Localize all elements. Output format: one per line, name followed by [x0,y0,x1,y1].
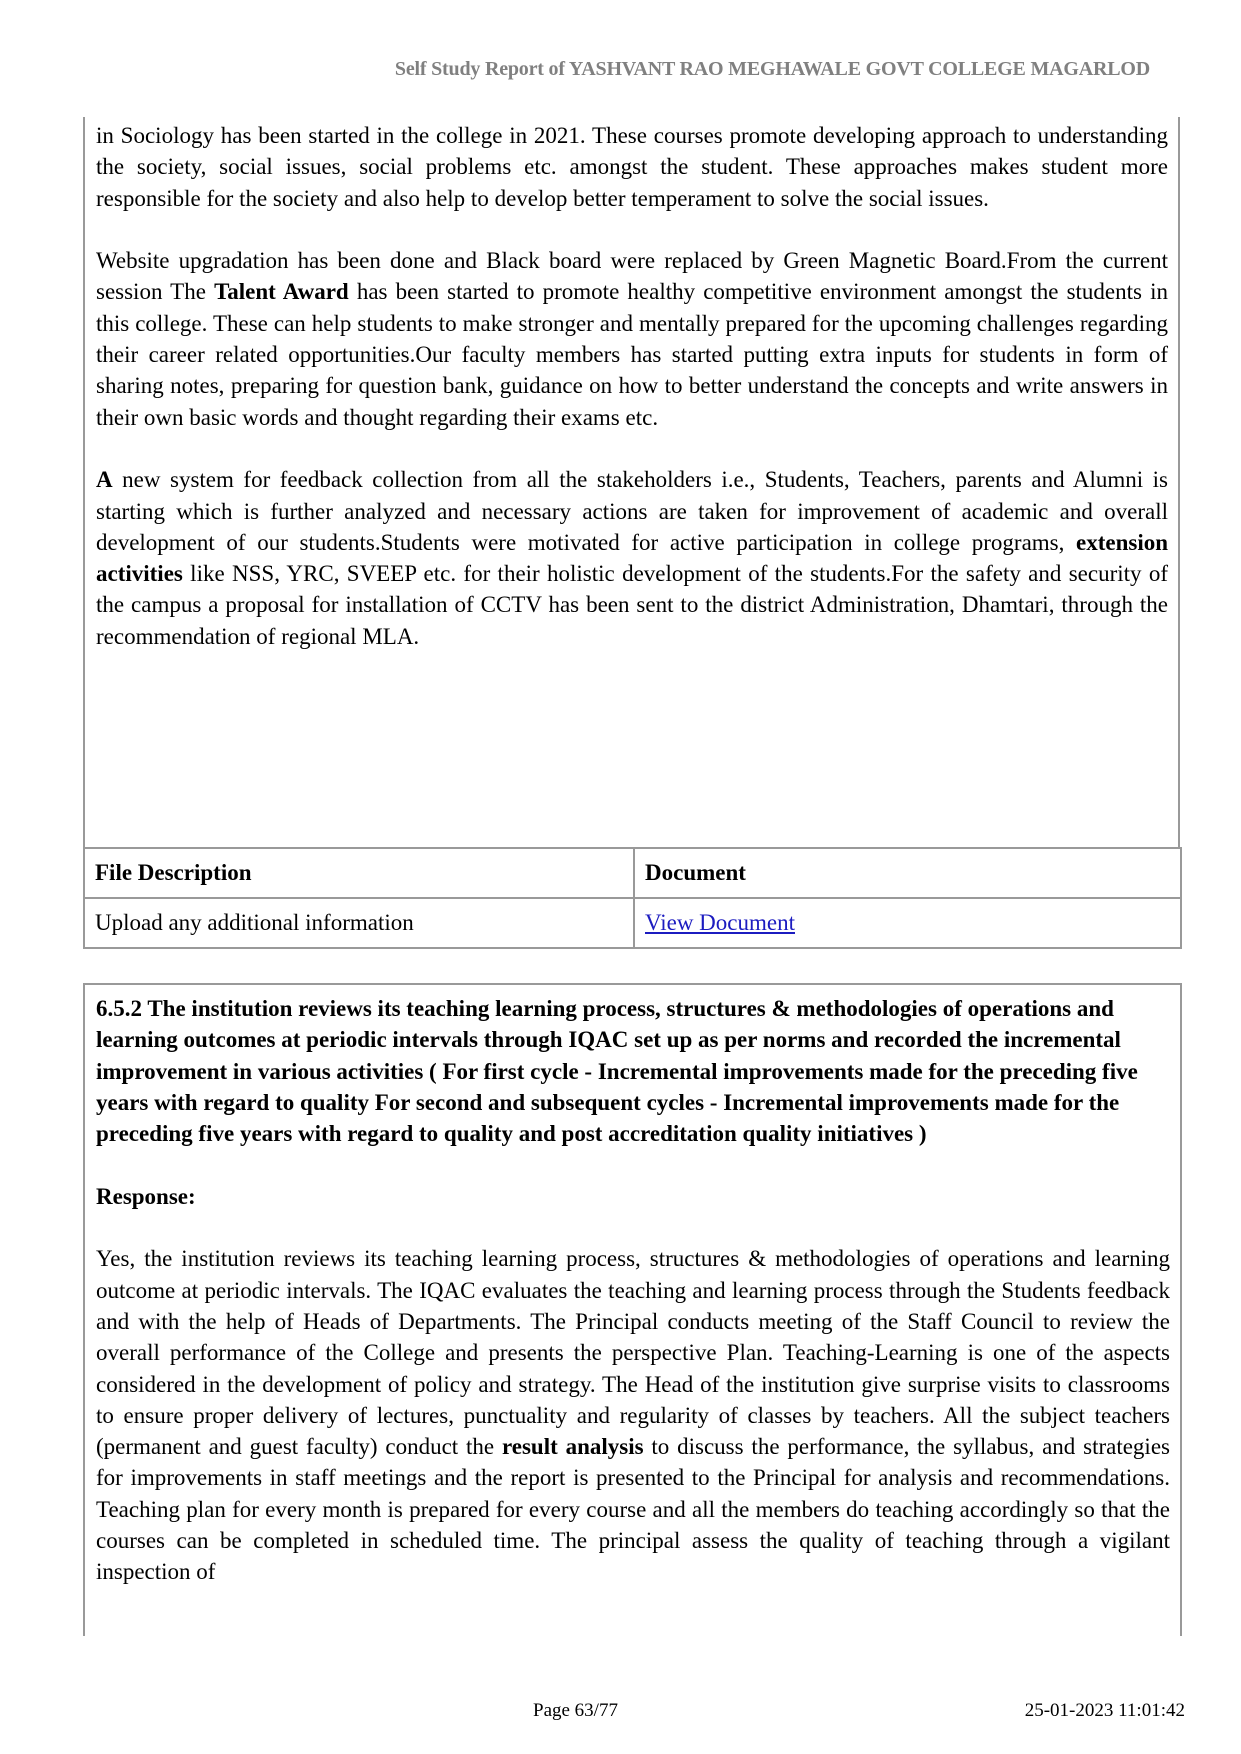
text-run: like NSS, YRC, SVEEP etc. for their holi… [96,561,1168,649]
bold-text: Talent Award [214,279,349,304]
response-paragraph: Yes, the institution reviews its teachin… [96,1243,1170,1587]
generated-timestamp: 25-01-2023 11:01:42 [1025,1700,1185,1722]
response-label: Response: [96,1181,1170,1212]
metric-6-5-2-text: 6.5.2 The institution reviews its teachi… [85,985,1180,1588]
bold-text: result analysis [502,1434,644,1459]
paragraph: Website upgradation has been done and Bl… [96,245,1168,433]
page-header: Self Study Report of YASHVANT RAO MEGHAW… [0,58,1150,81]
text-run: Yes, the institution reviews its teachin… [96,1246,1170,1459]
table-row: Upload any additional information View D… [84,898,1181,948]
page-number: Page 63/77 [533,1700,618,1722]
document-cell: View Document [634,898,1181,948]
file-description-cell: Upload any additional information [84,898,634,948]
file-description-table: File Description Document Upload any add… [83,847,1182,949]
section-continuation-text: in Sociology has been started in the col… [85,117,1178,652]
bold-text: A [96,467,113,492]
view-document-link[interactable]: View Document [645,910,795,935]
paragraph: A new system for feedback collection fro… [96,464,1168,652]
section-continuation-box: in Sociology has been started in the col… [83,117,1180,848]
metric-question: 6.5.2 The institution reviews its teachi… [96,993,1170,1149]
table-header-row: File Description Document [84,848,1181,898]
column-header-file-description: File Description [84,848,634,898]
paragraph: in Sociology has been started in the col… [96,120,1168,214]
text-run: new system for feedback collection from … [96,467,1168,555]
metric-6-5-2-box: 6.5.2 The institution reviews its teachi… [83,983,1182,1636]
column-header-document: Document [634,848,1181,898]
text-run: in Sociology has been started in the col… [96,123,1168,211]
